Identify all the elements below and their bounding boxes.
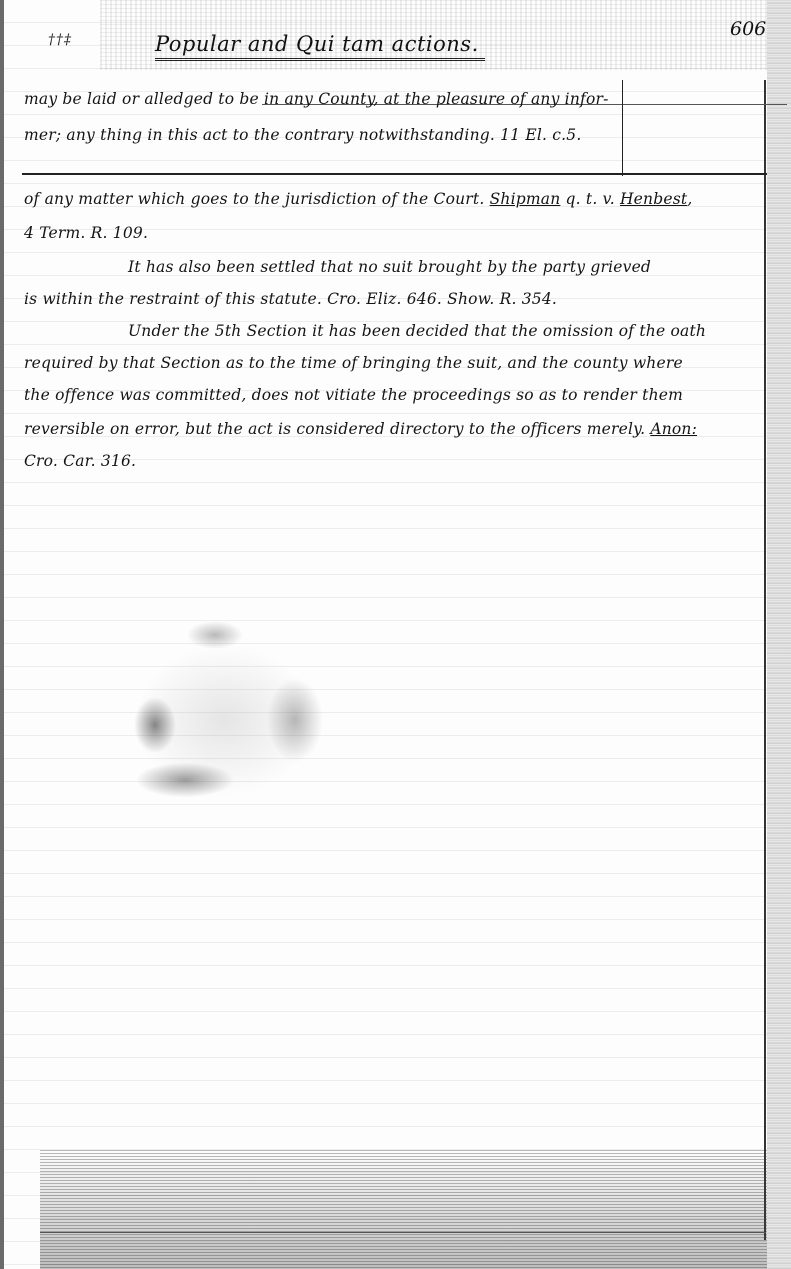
body-line-3: It has also been settled that no suit br… [128,258,651,276]
case-name: Anon: [650,420,697,438]
page-header: ††‡ Popular and Qui tam actions. 606 [30,18,770,68]
body-line-text: , [687,190,692,208]
column-divider [622,80,623,176]
scan-left-edge [0,0,4,1269]
body-line-text: of any matter which goes to the jurisdic… [24,190,490,208]
scan-right-edge [767,0,791,1269]
boxed-line-2: mer; any thing in this act to the contra… [24,126,582,144]
right-margin-rule [764,80,766,1240]
boxed-line-1: may be laid or alledged to be in any Cou… [24,90,609,108]
body-line-5: Under the 5th Section it has been decide… [128,322,706,340]
manuscript-page: ††‡ Popular and Qui tam actions. 606 may… [0,0,791,1269]
body-line-9: Cro. Car. 316. [24,452,136,470]
body-line-text: q. t. v. [560,190,620,208]
boxed-section: may be laid or alledged to be in any Cou… [20,80,766,176]
scan-noise-bottom [40,1150,767,1269]
body-line-8: reversible on error, but the act is cons… [24,420,697,438]
page-title: Popular and Qui tam actions. [155,32,485,61]
box-bottom-rule [22,173,767,175]
case-name: Henbest [620,190,687,208]
page-number: 606 [730,18,766,40]
body-line-2: 4 Term. R. 109. [24,224,148,242]
page-marker: ††‡ [48,32,72,48]
body-line-text: reversible on error, but the act is cons… [24,420,650,438]
body-line-4: is within the restraint of this statute.… [24,290,557,308]
ink-blot [95,590,355,850]
body-line-6: required by that Section as to the time … [24,354,683,372]
bottom-rule [40,1232,766,1233]
body-line-1: of any matter which goes to the jurisdic… [24,190,692,208]
case-name: Shipman [490,190,561,208]
body-line-7: the offence was committed, does not viti… [24,386,683,404]
